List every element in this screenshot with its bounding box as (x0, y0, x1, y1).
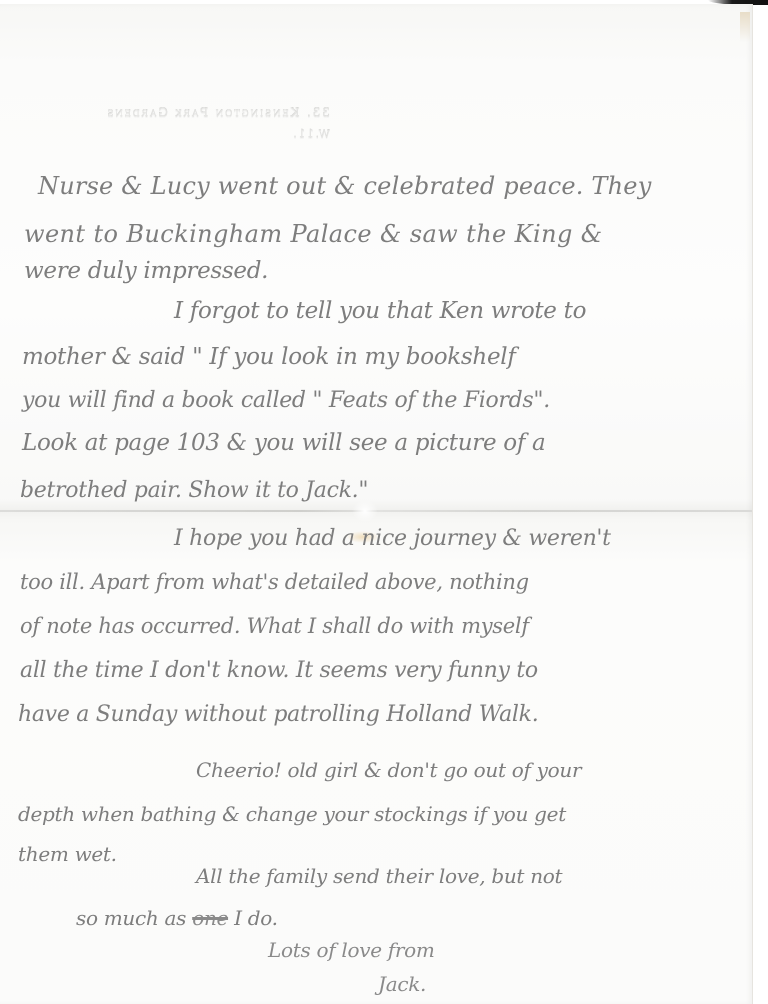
letter-line-17: All the family send their love, but not (196, 866, 562, 886)
letter-line-14: Cheerio! old girl & don't go out of your (196, 760, 581, 780)
letter-line-13: have a Sunday without patrolling Holland… (18, 704, 538, 726)
letter-line-18: so much as one I do. (76, 908, 278, 928)
line-18-start: so much as (76, 906, 186, 930)
letter-line-6: you will find a book called " Feats of t… (22, 390, 550, 412)
fold-crease-highlight (352, 500, 378, 522)
letterhead-address: 33. Kensington Park Gardens (106, 105, 330, 120)
letter-line-4: I forgot to tell you that Ken wrote to (174, 300, 586, 323)
mirrored-letterhead: 33. Kensington Park Gardens W.11. (30, 105, 330, 141)
letter-line-8: betrothed pair. Show it to Jack." (20, 480, 368, 502)
letter-line-15: depth when bathing & change your stockin… (18, 804, 566, 824)
closing-salutation: Lots of love from (268, 940, 435, 960)
edge-stain (740, 12, 750, 42)
letter-line-9: I hope you had a nice journey & weren't (174, 528, 611, 550)
letterhead-postcode: W.11. (30, 128, 330, 141)
letter-line-5: mother & said " If you look in my booksh… (22, 346, 516, 369)
line-18-end: I do. (234, 906, 278, 930)
letter-line-2: went to Buckingham Palace & saw the King… (24, 222, 603, 246)
letter-line-11: of note has occurred. What I shall do wi… (20, 616, 529, 637)
letter-line-10: too ill. Apart from what's detailed abov… (20, 572, 529, 593)
letter-line-7: Look at page 103 & you will see a pictur… (22, 432, 545, 455)
signature: Jack. (378, 974, 426, 994)
struck-out-word: one (192, 906, 228, 930)
letter-line-1: Nurse & Lucy went out & celebrated peace… (38, 174, 651, 198)
scanned-letter: 33. Kensington Park Gardens W.11. Nurse … (0, 0, 768, 1004)
letter-line-12: all the time I don't know. It seems very… (20, 660, 538, 682)
letter-line-16: them wet. (18, 844, 117, 864)
letter-line-3: were duly impressed. (24, 260, 268, 283)
letter-page: 33. Kensington Park Gardens W.11. Nurse … (0, 4, 753, 1004)
